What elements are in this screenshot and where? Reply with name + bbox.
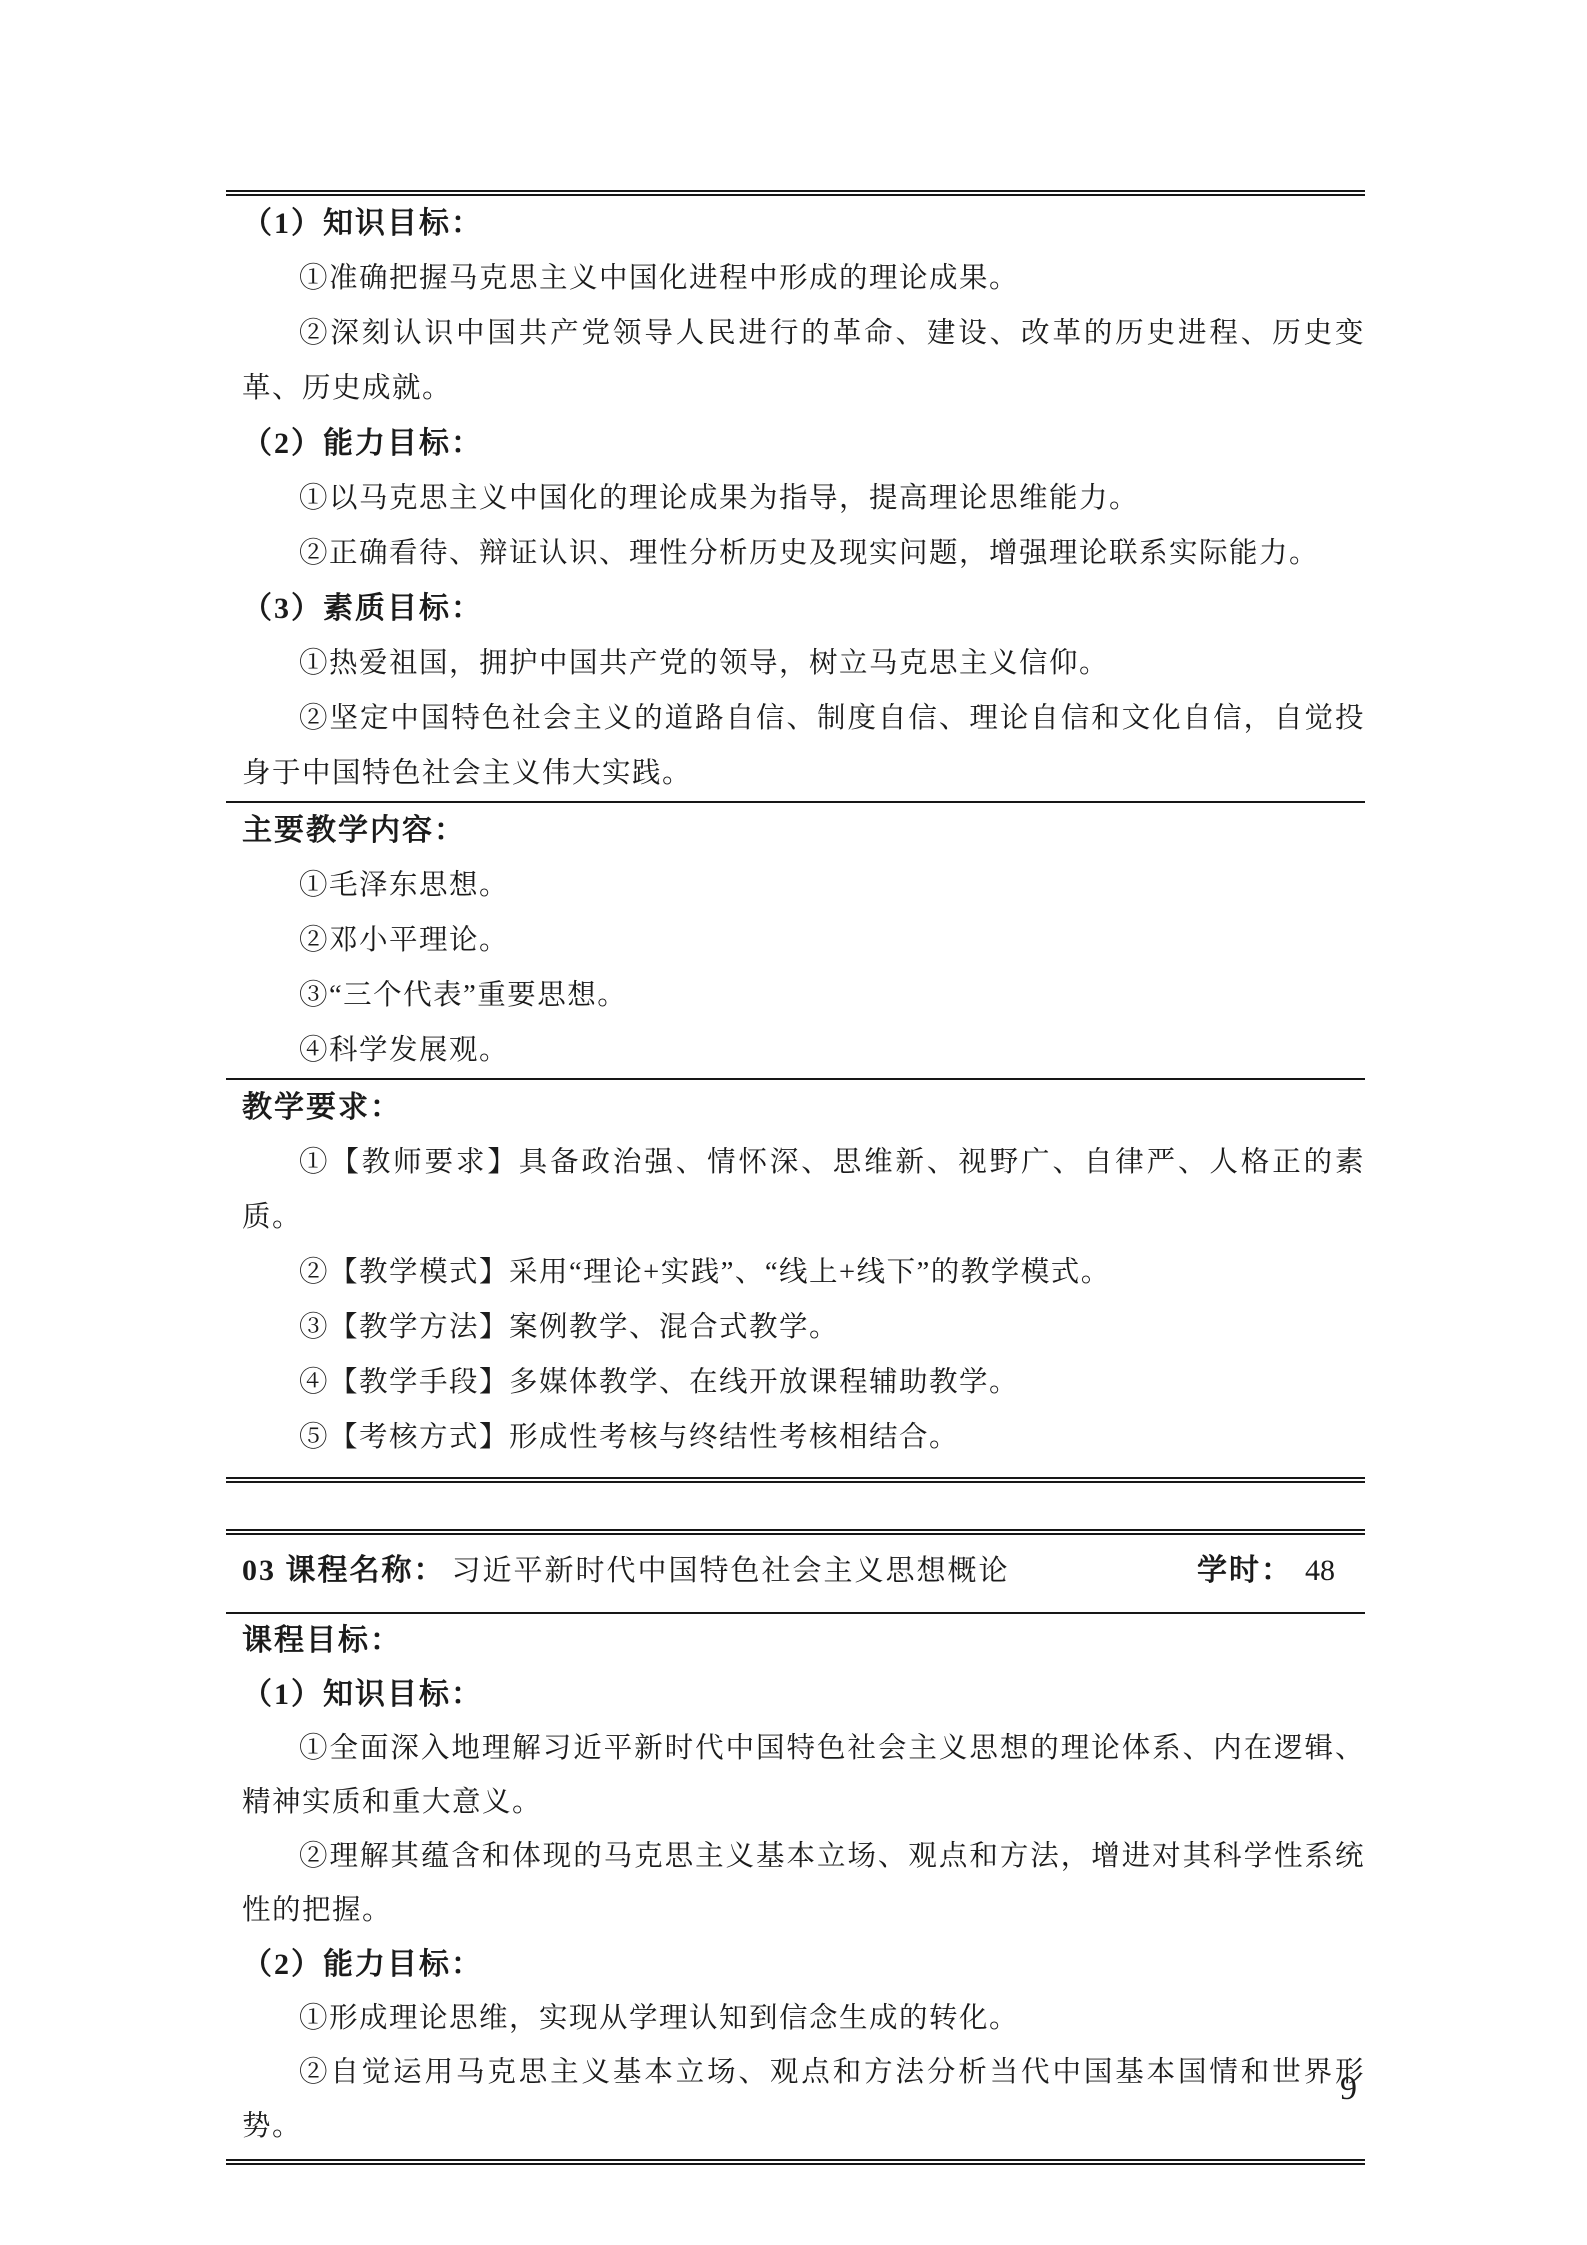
- ability-objective-item: ②正确看待、辩证认识、理性分析历史及现实问题，增强理论联系实际能力。: [242, 526, 1365, 581]
- knowledge-objectives-heading: （1）知识目标：: [242, 196, 1365, 251]
- course-code-label: 03 课程名称：: [242, 1549, 446, 1593]
- table-border-bottom: [226, 2159, 1365, 2165]
- hours-value: 48: [1305, 1554, 1335, 1587]
- knowledge-objective-item: ②深刻认识中国共产党领导人民进行的革命、建设、改革的历史进程、历史变革、历史成就…: [242, 306, 1365, 416]
- knowledge-objectives-heading: （1）知识目标：: [242, 1668, 1365, 1722]
- teaching-requirement-item: ①【教师要求】具备政治强、情怀深、思维新、视野广、自律严、人格正的素质。: [242, 1135, 1365, 1245]
- ability-objective-item: ①形成理论思维，实现从学理认知到信念生成的转化。: [242, 1992, 1365, 2046]
- teaching-content-item: ②邓小平理论。: [242, 913, 1365, 968]
- page-number: 9: [1340, 2070, 1357, 2108]
- teaching-requirement-item: ②【教学模式】采用“理论+实践”、“线上+线下”的教学模式。: [242, 1245, 1365, 1300]
- knowledge-objective-item: ①准确把握马克思主义中国化进程中形成的理论成果。: [242, 251, 1365, 306]
- table-border-bottom: [226, 1477, 1365, 1483]
- course-hours: 学时： 48: [1197, 1549, 1335, 1598]
- ability-objectives-heading: （2）能力目标：: [242, 416, 1365, 471]
- knowledge-objective-item: ①全面深入地理解习近平新时代中国特色社会主义思想的理论体系、内在逻辑、精神实质和…: [242, 1722, 1365, 1830]
- knowledge-objective-item: ②理解其蕴含和体现的马克思主义基本立场、观点和方法，增进对其科学性系统性的把握。: [242, 1830, 1365, 1938]
- course-title-row: 03 课程名称： 习近平新时代中国特色社会主义思想概论 学时： 48: [226, 1535, 1365, 1612]
- ability-objective-item: ①以马克思主义中国化的理论成果为指导，提高理论思维能力。: [242, 471, 1365, 526]
- teaching-requirement-item: ③【教学方法】案例教学、混合式教学。: [242, 1300, 1365, 1355]
- document-content: （1）知识目标： ①准确把握马克思主义中国化进程中形成的理论成果。 ②深刻认识中…: [226, 190, 1365, 2165]
- teaching-content-item: ①毛泽东思想。: [242, 858, 1365, 913]
- ability-objective-item: ②自觉运用马克思主义基本立场、观点和方法分析当代中国基本国情和世界形势。: [242, 2046, 1365, 2154]
- course-name: 习近平新时代中国特色社会主义思想概论: [452, 1549, 1010, 1593]
- hours-label: 学时：: [1197, 1554, 1293, 1587]
- teaching-content-item: ④科学发展观。: [242, 1023, 1365, 1078]
- ability-objectives-heading: （2）能力目标：: [242, 1938, 1365, 1992]
- course-02-section: （1）知识目标： ①准确把握马克思主义中国化进程中形成的理论成果。 ②深刻认识中…: [226, 190, 1365, 1483]
- quality-objective-item: ①热爱祖国，拥护中国共产党的领导，树立马克思主义信仰。: [242, 636, 1365, 691]
- teaching-requirement-item: ④【教学手段】多媒体教学、在线开放课程辅助教学。: [242, 1355, 1365, 1410]
- quality-objective-item: ②坚定中国特色社会主义的道路自信、制度自信、理论自信和文化自信，自觉投身于中国特…: [242, 691, 1365, 801]
- teaching-content-item: ③“三个代表”重要思想。: [242, 968, 1365, 1023]
- document-page: （1）知识目标： ①准确把握马克思主义中国化进程中形成的理论成果。 ②深刻认识中…: [0, 0, 1587, 2245]
- course-objectives-heading: 课程目标：: [242, 1614, 1365, 1668]
- teaching-requirements-heading: 教学要求：: [242, 1080, 1365, 1135]
- teaching-content-heading: 主要教学内容：: [242, 803, 1365, 858]
- teaching-requirement-item: ⑤【考核方式】形成性考核与终结性考核相结合。: [242, 1410, 1365, 1465]
- quality-objectives-heading: （3）素质目标：: [242, 581, 1365, 636]
- course-03-section: 03 课程名称： 习近平新时代中国特色社会主义思想概论 学时： 48 课程目标：…: [226, 1529, 1365, 2165]
